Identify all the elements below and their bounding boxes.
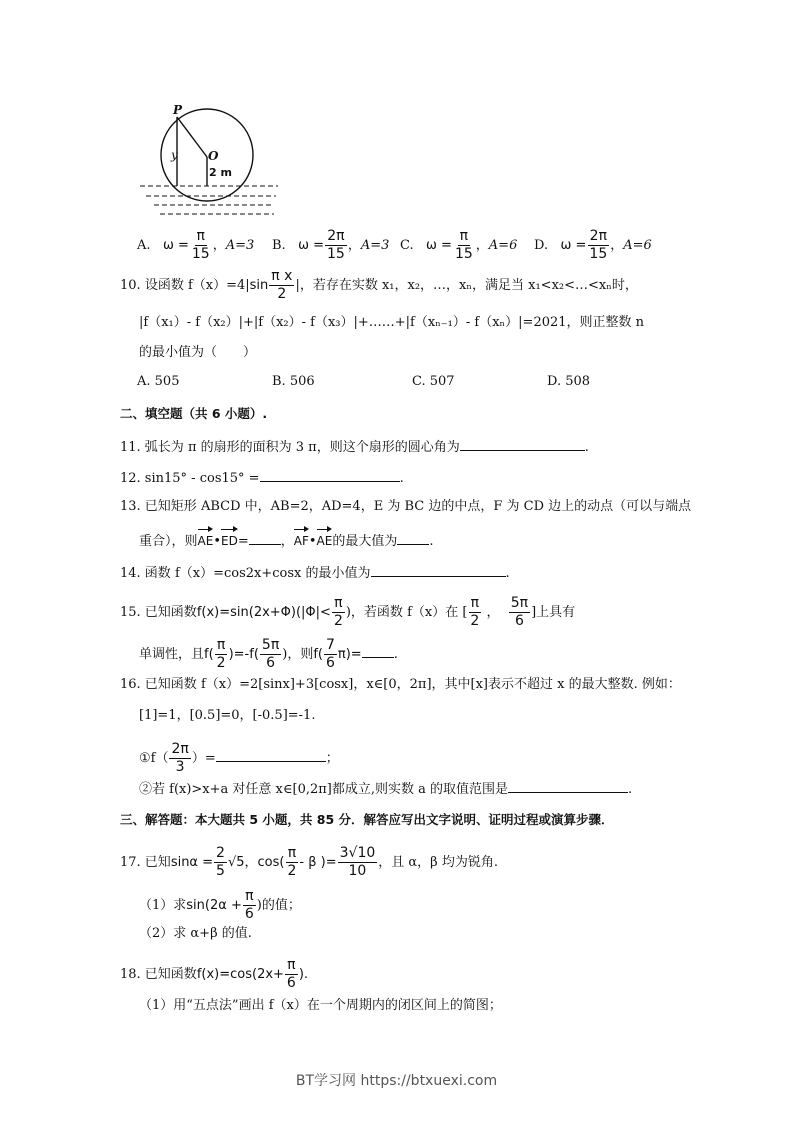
question-13: 13. 已知矩形 ABCD 中，AB=2，AD=4，E 为 BC 边的中点，F … (120, 497, 691, 517)
q10-option-b: B. 506 (272, 374, 315, 389)
q10-option-a: A. 505 (137, 374, 179, 389)
fraction: 25 (214, 845, 227, 880)
question-15: 15. 已知函数f(x)=sin(2x+Φ)(|Φ|<π2)，若函数 f（x）在… (120, 595, 575, 630)
question-15-line2: 单调性，且f(π2)=-f(5π6)，则f(76π)=. (139, 637, 398, 672)
answer-blank[interactable] (397, 530, 429, 545)
question-14: 14. 函数 f（x）=cos2x+cosx 的最小值为. (120, 562, 510, 584)
figure-label-p: P (173, 103, 182, 117)
question-16-part2: ②若 f(x)>x+a 对任意 x∈[0,2π]都成立,则实数 a 的取值范围是… (139, 778, 632, 800)
footer-watermark: BT学习网 https://btxuexi.com (0, 1070, 793, 1090)
question-16-part1: ①f（2π3）=； (139, 741, 339, 776)
fraction: π2 (285, 845, 298, 880)
answer-blank[interactable] (508, 778, 628, 793)
question-16: 16. 已知函数 f（x）=2[sinx]+3[cosx]，x∈[0，2π]，其… (120, 675, 681, 695)
fraction: 2π15 (325, 228, 347, 263)
q10-option-c: C. 507 (412, 374, 455, 389)
ferris-wheel-figure (140, 104, 300, 219)
fraction: π2 (468, 595, 481, 630)
answer-blank[interactable] (216, 747, 326, 762)
fraction: 2π15 (587, 228, 609, 263)
q9-option-b: B. ω =2π15，A=3 (272, 228, 389, 263)
question-18: 18. 已知函数f(x)=cos(2x+π6). (120, 957, 308, 992)
fraction: π2 (215, 637, 228, 672)
question-17-part2: （2）求 α+β 的值. (139, 924, 252, 944)
answer-blank[interactable] (371, 562, 506, 577)
fraction: π6 (243, 888, 256, 923)
question-11: 11. 弧长为 π 的扇形的面积为 3 π，则这个扇形的圆心角为. (120, 436, 589, 458)
vector-ed: ED (221, 531, 238, 551)
q10-option-d: D. 508 (547, 374, 590, 389)
question-16-line2: [1]=1，[0.5]=0，[-0.5]=-1. (139, 706, 315, 726)
fraction: 5π6 (260, 637, 281, 672)
fraction: 2π3 (169, 741, 190, 776)
q9-option-c: C. ω =π15，A=6 (400, 228, 517, 263)
figure-label-y: y (171, 148, 178, 162)
question-12: 12. sin15° - cos15° =. (120, 467, 404, 489)
question-17: 17. 已知sinα =25√5，cos(π2- β )=3√1010，且 α，… (120, 845, 498, 880)
question-13-line2: 重合），则AE•ED=，AF•AE的最大值为. (139, 530, 433, 552)
question-10-line2: |f（x₁）- f（x₂）|+|f（x₂）- f（x₃）|+……+|f（xₙ₋₁… (139, 313, 644, 333)
answer-blank[interactable] (362, 643, 394, 658)
q9-option-a: A. ω =π15，A=3 (137, 228, 254, 263)
fraction: π15 (453, 228, 475, 263)
vector-ae: AE (198, 531, 214, 551)
answer-blank[interactable] (249, 530, 281, 545)
section-2-heading: 二、填空题（共 6 小题）. (120, 404, 267, 424)
fraction: π2 (332, 595, 345, 630)
fraction: π x2 (269, 268, 294, 303)
question-18-part1: （1）用“五点法”画出 f（x）在一个周期内的闭区间上的简图； (139, 996, 502, 1016)
fraction: 3√1010 (338, 845, 378, 880)
figure-label-2m: 2 m (209, 166, 232, 179)
vector-af: AF (294, 531, 309, 551)
figure-label-o: O (208, 149, 218, 163)
fraction: 76 (324, 637, 337, 672)
question-10-line3: 的最小值为（ ） (139, 343, 256, 363)
fraction: π15 (190, 228, 212, 263)
fraction: π6 (285, 957, 298, 992)
answer-blank[interactable] (260, 467, 400, 482)
fraction: 5π6 (509, 595, 530, 630)
question-17-part1: （1）求sin(2α +π6)的值； (139, 888, 301, 923)
section-3-heading: 三、解答题：本大题共 5 小题，共 85 分．解答应写出文字说明、证明过程或演算… (120, 810, 614, 830)
question-10: 10. 设函数 f（x）=4|sinπ x2|，若存在实数 x₁，x₂，…，xₙ… (120, 268, 638, 303)
q9-option-d: D. ω =2π15，A=6 (534, 228, 652, 263)
answer-blank[interactable] (460, 436, 585, 451)
vector-ae: AE (317, 531, 333, 551)
